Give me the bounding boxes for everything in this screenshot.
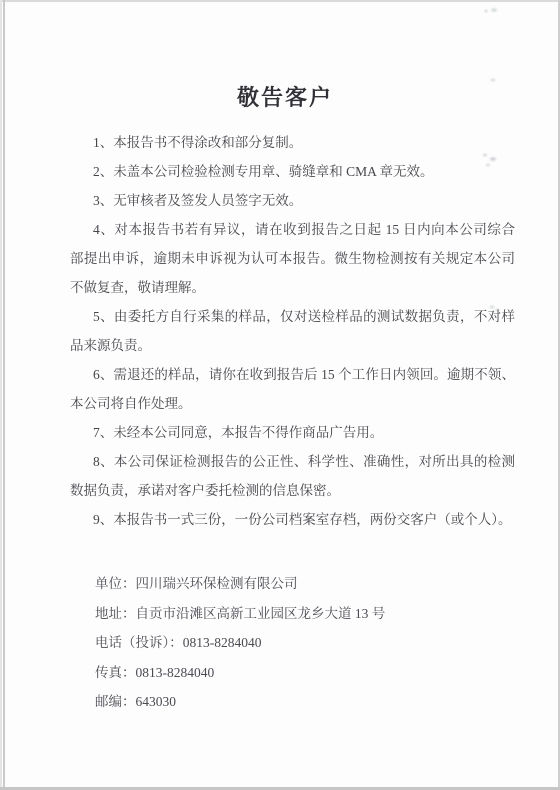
notice-item-8-line-1: 8、本公司保证检测报告的公正性、科学性、准确性，对所出具的检测 — [70, 447, 515, 476]
notice-item-4-line-2: 部提出申诉，逾期未申诉视为认可本报告。微生物检测按有关规定本公司 — [70, 244, 515, 273]
page-title: 敬告客户 — [5, 81, 560, 112]
contact-phone: 电话（投诉）：0813-8284040 — [95, 628, 515, 658]
contact-block: 单位：四川瑞兴环保检测有限公司 地址：自贡市沿滩区高新工业园区龙乡大道 13 号… — [95, 569, 515, 717]
contact-fax: 传真：0813-8284040 — [95, 658, 515, 688]
notice-item-6-line-2: 本公司将自作处理。 — [70, 389, 515, 418]
notice-item-9: 9、本报告书一式三份，一份公司档案室存档，两份交客户（或个人）。 — [70, 505, 515, 534]
notice-item-5-line-2: 品来源负责。 — [70, 331, 515, 360]
notice-item-1: 1、本报告书不得涂改和部分复制。 — [70, 128, 515, 157]
notice-item-5-line-1: 5、由委托方自行采集的样品，仅对送检样品的测试数据负责，不对样 — [70, 302, 515, 331]
notice-item-6-line-1: 6、需退还的样品，请你在收到报告后 15 个工作日内领回。逾期不领、 — [70, 360, 515, 389]
notice-item-2: 2、未盖本公司检验检测专用章、骑缝章和 CMA 章无效。 — [70, 157, 515, 186]
notice-item-7: 7、未经本公司同意，本报告不得作商品广告用。 — [70, 418, 515, 447]
notice-item-8-line-2: 数据负责，承诺对客户委托检测的信息保密。 — [70, 476, 515, 505]
scan-edge-left — [0, 0, 2, 790]
scan-edge-top — [0, 0, 560, 2]
scan-edge-left-line — [3, 0, 5, 790]
notice-item-4-line-3: 不做复查，敬请理解。 — [70, 273, 515, 302]
scan-smudge-1 — [483, 6, 501, 17]
scanned-document-page: 敬告客户 1、本报告书不得涂改和部分复制。 2、未盖本公司检验检测专用章、骑缝章… — [0, 0, 560, 790]
notice-item-3: 3、无审核者及签发人员签字无效。 — [70, 186, 515, 215]
notice-item-4-line-1: 4、对本报告书若有异议，请在收到报告之日起 15 日内向本公司综合 — [70, 215, 515, 244]
notice-items: 1、本报告书不得涂改和部分复制。 2、未盖本公司检验检测专用章、骑缝章和 CMA… — [70, 128, 515, 534]
contact-address: 地址：自贡市沿滩区高新工业园区龙乡大道 13 号 — [95, 599, 515, 629]
contact-unit: 单位：四川瑞兴环保检测有限公司 — [95, 569, 515, 599]
contact-postcode: 邮编：643030 — [95, 687, 515, 717]
